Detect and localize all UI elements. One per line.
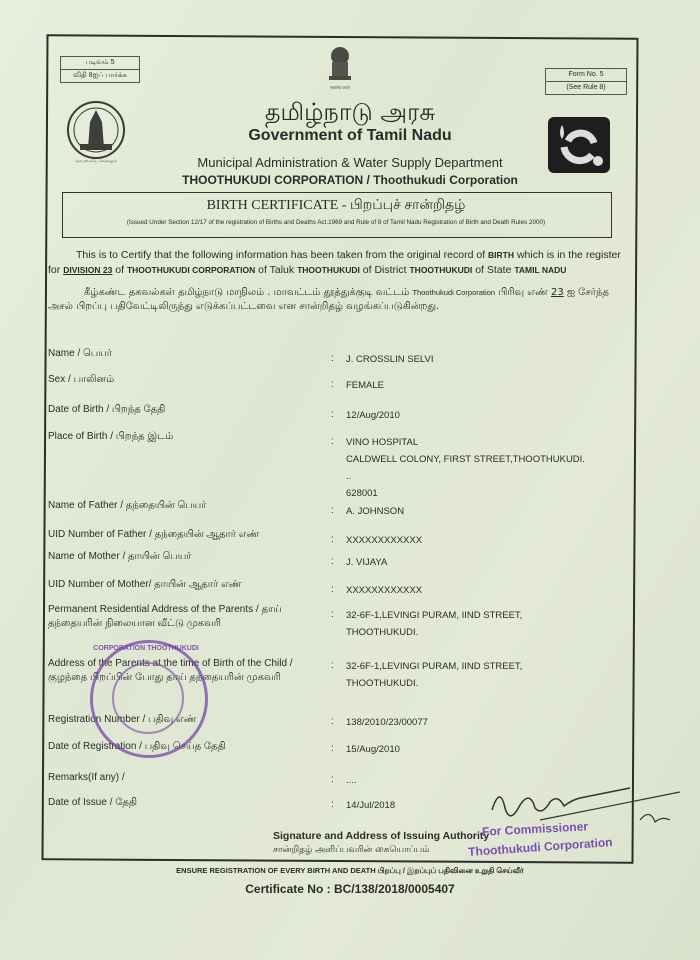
field-label: Date of Issue / தேதி [48,796,318,810]
intro-text: of [115,264,124,276]
field-value: .... [346,772,357,789]
field-value-line: 138/2010/23/00077 [346,714,428,731]
field-value-line: J. VIJAYA [346,554,387,571]
twad-logo-icon [548,117,610,173]
corporation-seal-inner [112,662,184,734]
field-separator: : [331,534,334,545]
field-separator: : [331,743,334,754]
certificate-number: Certificate No : BC/138/2018/0005407 [60,882,640,896]
field-value: 32-6F-1,LEVINGI PURAM, IIND STREET,THOOT… [346,658,522,692]
certification-statement-tamil: கீழ்கண்ட தகவல்கள் தமிழ்நாடு மாநிலம் . மா… [48,286,618,314]
seal-text: CORPORATION THOOTHUKUDI [90,645,202,652]
field-value: 14/Jul/2018 [346,797,395,814]
form-number-tamil: படிவம் 5 [61,57,139,70]
certificate-title: BIRTH CERTIFICATE - பிறப்புச் சான்றிதழ் [62,198,610,215]
rule-ref: (See Rule 8) [546,82,626,94]
field-value: 15/Aug/2010 [346,741,400,758]
field-value: XXXXXXXXXXXX [346,582,422,599]
field-value: FEMALE [346,377,384,394]
field-separator: : [331,609,334,620]
tamil-corp: Thoothukudi Corporation [412,288,495,297]
field-value-line: XXXXXXXXXXXX [346,532,422,549]
field-label: Name / பெயர் [48,347,318,361]
title-government: Government of Tamil Nadu [200,127,500,145]
field-separator: : [331,584,334,595]
field-label: Name of Mother / தாயின் பெயர் [48,550,318,564]
tamil-division: 23 [551,287,564,298]
title-tamil: தமிழ்நாடு அரசு [200,98,500,129]
field-separator: : [331,716,334,727]
field-label: Place of Birth / பிறந்த இடம் [48,430,318,444]
field-value: J. CROSSLIN SELVI [346,351,433,368]
record-type: BIRTH [488,250,514,260]
field-value-line: 32-6F-1,LEVINGI PURAM, IIND STREET, [346,658,522,675]
intro-text: of Taluk [258,264,294,276]
field-separator: : [331,799,334,810]
tamil-text: கீழ்கண்ட தகவல்கள் தமிழ்நாடு மாநிலம் . மா… [48,287,409,298]
field-label: UID Number of Mother/ தாயின் ஆதார் எண் [48,578,318,592]
form-number-box-tamil: படிவம் 5 விதி 8ஐப் பார்க்க [60,56,140,83]
field-label: Remarks(If any) / [48,771,318,785]
field-value-line: J. CROSSLIN SELVI [346,351,433,368]
field-value: VINO HOSPITALCALDWELL COLONY, FIRST STRE… [346,434,585,502]
form-number-box: Form No. 5 (See Rule 8) [545,68,627,95]
svg-text:सत्यमेव जयते: सत्यमेव जयते [330,85,350,90]
field-separator: : [331,505,334,516]
tamil-text: பிரிவு எண் [498,287,548,298]
field-value-line: .. [346,468,585,485]
field-value-line: .... [346,772,357,789]
field-value-line: THOOTHUKUDI. [346,675,522,692]
field-value-line: A. JOHNSON [346,503,404,520]
field-value-line: 628001 [346,485,585,502]
field-label: Sex / பாலினம் [48,373,318,387]
signature-label: Signature and Address of Issuing Authori… [273,830,489,842]
intro-text: This is to Certify that the following in… [48,249,485,261]
field-separator: : [331,436,334,447]
field-value-line: 12/Aug/2010 [346,407,400,424]
field-value-line: THOOTHUKUDI. [346,624,522,641]
field-separator: : [331,774,334,785]
state: TAMIL NADU [514,265,566,275]
corporation-name: THOOTHUKUDI CORPORATION / Thoothukudi Co… [150,173,550,187]
field-label: Date of Birth / பிறந்த தேதி [48,403,318,417]
field-value-line: 14/Jul/2018 [346,797,395,814]
field-value-line: FEMALE [346,377,384,394]
form-number: Form No. 5 [546,69,626,82]
field-label: UID Number of Father / தந்தையின் ஆதார் எ… [48,528,318,542]
department-name: Municipal Administration & Water Supply … [150,155,550,170]
field-value: 12/Aug/2010 [346,407,400,424]
national-emblem-icon: सत्यमेव जयते [323,44,357,92]
intro-text: of District [363,264,407,276]
field-label: Name of Father / தந்தையின் பெயர் [48,499,318,513]
signature-label-tamil: சான்றிதழ் அளிப்பவரின் கையொப்பம் [273,845,429,856]
field-value-line: 32-6F-1,LEVINGI PURAM, IIND STREET, [346,607,522,624]
field-value: A. JOHNSON [346,503,404,520]
field-value: J. VIJAYA [346,554,387,571]
district: THOOTHUKUDI [409,265,472,275]
tamil-nadu-emblem-icon: வாய்மையே வெல்லும் [64,100,128,164]
field-value-line: 15/Aug/2010 [346,741,400,758]
certificate-subtitle: (Issued Under Section 12/17 of the regis… [62,219,610,226]
field-value: XXXXXXXXXXXX [346,532,422,549]
intro-text: of State [475,264,511,276]
field-value-line: XXXXXXXXXXXX [346,582,422,599]
taluk: THOOTHUKUDI [297,265,360,275]
field-value-line: VINO HOSPITAL [346,434,585,451]
field-value-line: CALDWELL COLONY, FIRST STREET,THOOTHUKUD… [346,451,585,468]
field-label: Permanent Residential Address of the Par… [48,603,318,631]
svg-text:வாய்மையே வெல்லும்: வாய்மையே வெல்லும் [75,158,116,164]
corporation: THOOTHUKUDI CORPORATION [127,265,255,275]
field-separator: : [331,409,334,420]
registration-notice: ENSURE REGISTRATION OF EVERY BIRTH AND D… [60,866,640,876]
field-value: 138/2010/23/00077 [346,714,428,731]
certification-statement: This is to Certify that the following in… [48,248,628,278]
rule-ref-tamil: விதி 8ஐப் பார்க்க [61,70,139,82]
field-separator: : [331,379,334,390]
field-separator: : [331,353,334,364]
division: DIVISION 23 [63,265,112,275]
field-value: 32-6F-1,LEVINGI PURAM, IIND STREET,THOOT… [346,607,522,641]
field-separator: : [331,660,334,671]
field-separator: : [331,556,334,567]
